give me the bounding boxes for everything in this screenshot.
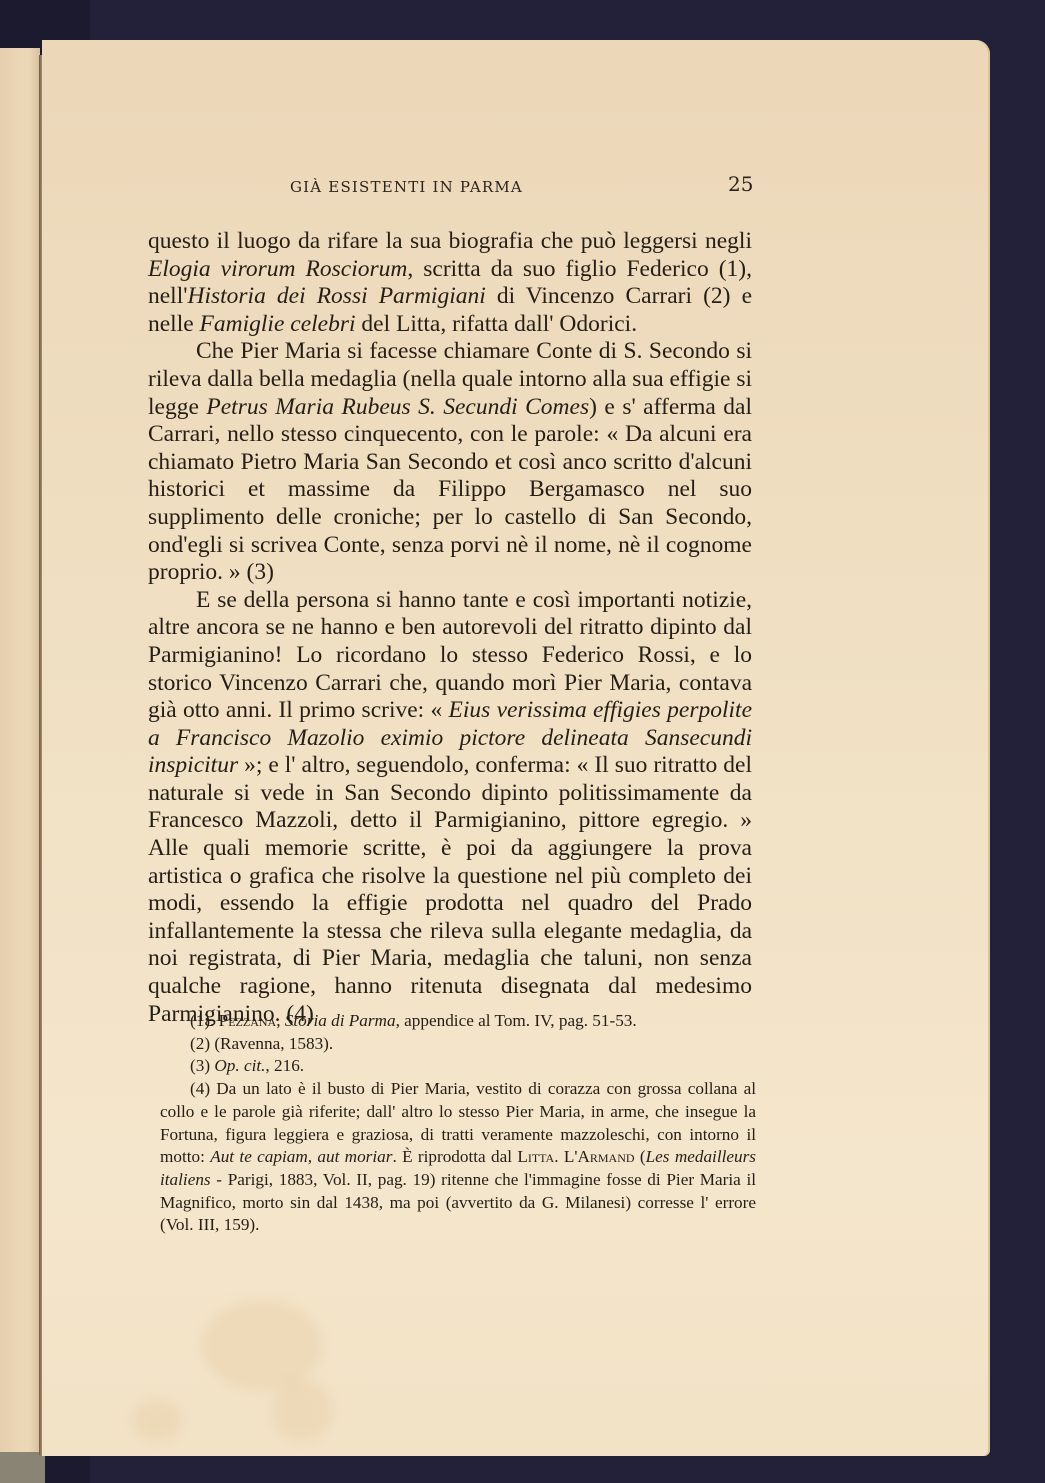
footnote: (1). Pezzana, Storia di Parma, appendice…: [160, 1010, 756, 1033]
text-run: questo il luogo da rifare la sua biograf…: [148, 228, 752, 254]
text-run: del Litta, rifatta dall' Odorici.: [356, 311, 638, 337]
foxing-stain: [132, 1400, 182, 1440]
footnotes: (1). Pezzana, Storia di Parma, appendice…: [160, 1010, 756, 1237]
italic-text: Historia dei Rossi Parmigiani: [187, 283, 485, 309]
text-run: ,: [276, 1011, 285, 1030]
footnote: (4) Da un lato è il busto di Pier Maria,…: [160, 1078, 756, 1237]
italic-text: Op. cit.: [214, 1056, 265, 1075]
italic-text: Elogia virorum Rosciorum: [148, 256, 407, 282]
text-run: (1).: [190, 1011, 219, 1030]
text-run: . È riprodotta dal: [392, 1147, 517, 1166]
binding-base: [0, 1452, 45, 1483]
footnote: (3) Op. cit., 216.: [160, 1055, 756, 1078]
text-run: . L': [554, 1147, 577, 1166]
text-run: ) e s' afferma dal Carrari, nello stesso…: [148, 394, 752, 586]
text-run: (2) (Ravenna, 1583).: [190, 1034, 333, 1053]
book-gutter: [39, 55, 42, 1455]
small-caps-name: Armand: [577, 1147, 634, 1166]
italic-text: Aut te capiam, aut moriar: [210, 1147, 392, 1166]
italic-text: Petrus Maria Rubeus S. Secundi Comes: [206, 394, 589, 420]
italic-text: Storia di Parma: [285, 1011, 396, 1030]
text-run: (: [635, 1147, 646, 1166]
paragraph: E se della persona si hanno tante e così…: [148, 587, 752, 1029]
small-caps-name: Pezzana: [219, 1011, 277, 1030]
text-run: (3): [190, 1056, 214, 1075]
text-run: »; e l' altro, seguendolo, conferma: « I…: [148, 752, 752, 1026]
running-head: GIÀ ESISTENTI IN PARMA: [290, 178, 523, 196]
facing-page-edge: [0, 48, 40, 1458]
footnote: (2) (Ravenna, 1583).: [160, 1033, 756, 1056]
text-run: , appendice al Tom. IV, pag. 51-53.: [396, 1011, 637, 1030]
foxing-stain: [202, 1300, 322, 1390]
small-caps-name: Litta: [517, 1147, 554, 1166]
text-run: - Parigi, 1883, Vol. II, pag. 19) ritenn…: [160, 1170, 756, 1234]
page-number: 25: [728, 172, 753, 196]
foxing-stain: [272, 1380, 332, 1440]
text-run: , 216.: [265, 1056, 304, 1075]
italic-text: Famiglie celebri: [200, 311, 356, 337]
paragraph: questo il luogo da rifare la sua biograf…: [148, 228, 752, 338]
body-text: questo il luogo da rifare la sua biograf…: [148, 228, 752, 1028]
paragraph: Che Pier Maria si facesse chiamare Conte…: [148, 338, 752, 586]
